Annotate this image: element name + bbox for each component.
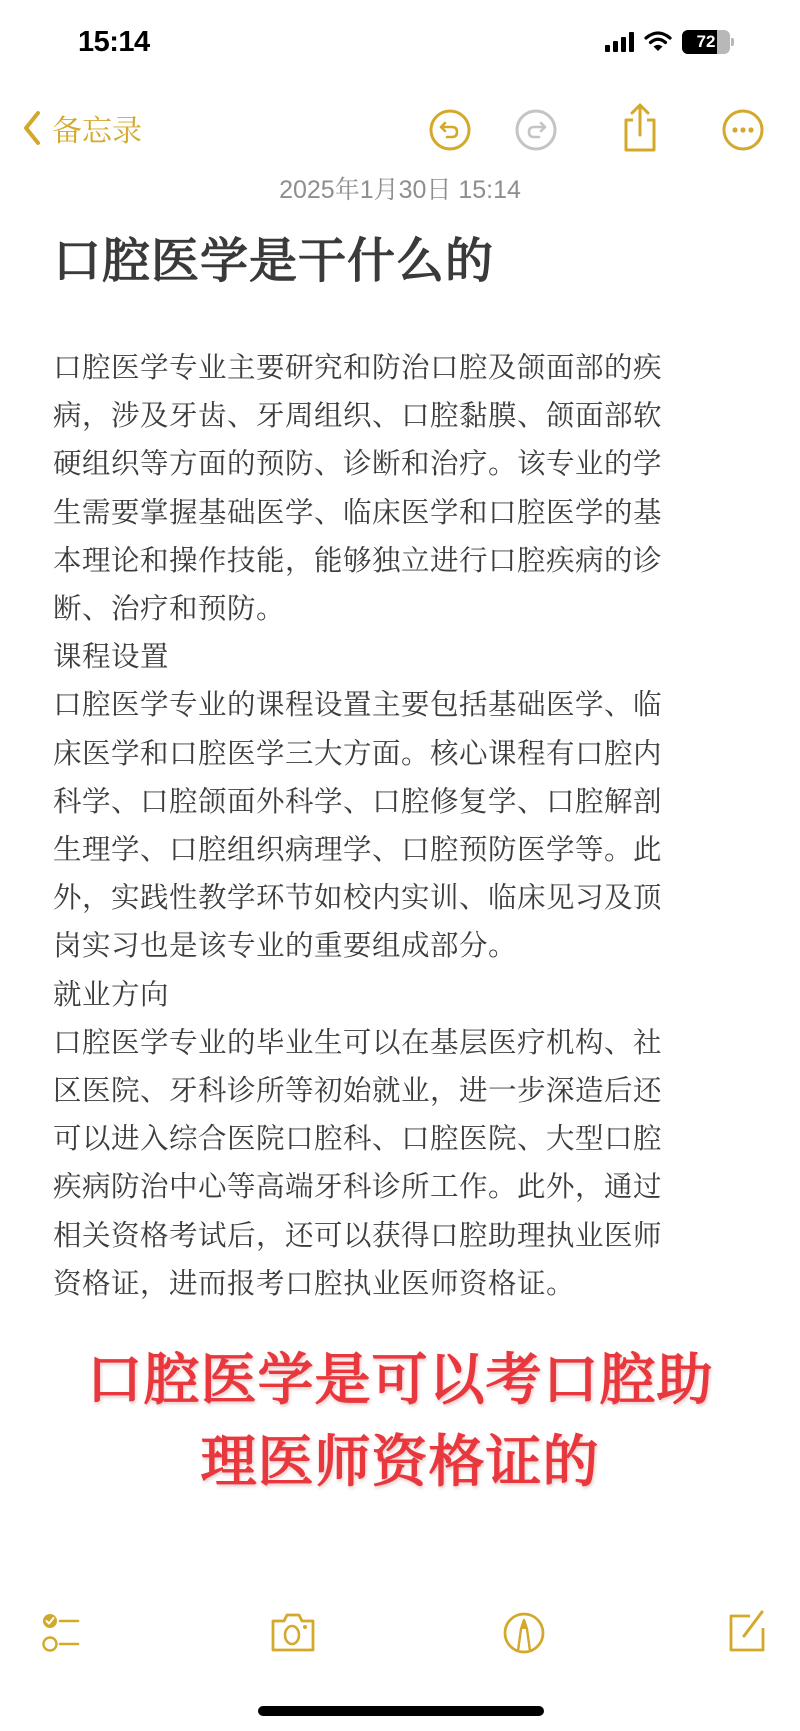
- body-line: 口腔医学专业的课程设置主要包括基础医学、临: [53, 681, 748, 729]
- status-time: 15:14: [78, 26, 150, 59]
- body-line: 口腔医学专业主要研究和防治口腔及颌面部的疾: [53, 344, 748, 392]
- note-title[interactable]: 口腔医学是干什么的: [53, 222, 494, 291]
- undo-icon[interactable]: [428, 108, 472, 152]
- wifi-icon: [644, 31, 672, 53]
- body-line: 硬组织等方面的预防、诊断和治疗。该专业的学: [53, 440, 748, 488]
- body-line: 口腔医学专业的毕业生可以在基层医疗机构、社: [53, 1019, 748, 1067]
- battery-icon: 72: [682, 30, 734, 54]
- body-line: 病，涉及牙齿、牙周组织、口腔黏膜、颌面部软: [53, 392, 748, 440]
- section-heading-courses: 课程设置: [53, 633, 748, 681]
- highlight-line: 口腔医学是可以考口腔助: [0, 1340, 800, 1422]
- body-line: 岗实习也是该专业的重要组成部分。: [53, 922, 748, 970]
- body-line: 外，实践性教学环节如校内实训、临床见习及顶: [53, 874, 748, 922]
- checklist-icon[interactable]: [34, 1604, 90, 1660]
- status-icons: 72: [605, 30, 734, 54]
- cellular-signal-icon: [605, 32, 634, 52]
- chevron-left-icon: [22, 110, 42, 146]
- home-indicator[interactable]: [258, 1706, 544, 1716]
- body-line: 疾病防治中心等高端牙科诊所工作。此外，通过: [53, 1163, 748, 1211]
- body-line: 科学、口腔颌面外科学、口腔修复学、口腔解剖: [53, 778, 748, 826]
- bottom-toolbar: [0, 1600, 800, 1670]
- body-line: 可以进入综合医院口腔科、口腔医院、大型口腔: [53, 1115, 748, 1163]
- body-line: 本理论和操作技能，能够独立进行口腔疾病的诊: [53, 537, 748, 585]
- redo-icon[interactable]: [514, 108, 558, 152]
- more-icon[interactable]: [721, 108, 765, 152]
- camera-icon[interactable]: [265, 1604, 321, 1660]
- body-line: 床医学和口腔医学三大方面。核心课程有口腔内: [53, 730, 748, 778]
- note-date: 2025年1月30日 15:14: [0, 170, 800, 206]
- section-heading-employment: 就业方向: [53, 971, 748, 1019]
- nav-bar: 备忘录: [0, 100, 800, 160]
- body-line: 区医院、牙科诊所等初始就业，进一步深造后还: [53, 1067, 748, 1115]
- body-line: 生需要掌握基础医学、临床医学和口腔医学的基: [53, 489, 748, 537]
- highlight-caption: 口腔医学是可以考口腔助 理医师资格证的: [0, 1340, 800, 1504]
- note-body[interactable]: 口腔医学专业主要研究和防治口腔及颌面部的疾 病，涉及牙齿、牙周组织、口腔黏膜、颌…: [53, 344, 748, 1308]
- body-line: 相关资格考试后，还可以获得口腔助理执业医师: [53, 1212, 748, 1260]
- back-button[interactable]: 备忘录: [22, 106, 142, 150]
- status-bar: 15:14 72: [0, 0, 800, 80]
- share-icon[interactable]: [618, 102, 662, 154]
- markup-pen-icon[interactable]: [496, 1604, 552, 1660]
- back-label: 备忘录: [52, 106, 142, 150]
- battery-percent: 72: [697, 32, 716, 52]
- highlight-line: 理医师资格证的: [0, 1422, 800, 1504]
- compose-icon[interactable]: [718, 1604, 774, 1660]
- body-line: 断、治疗和预防。: [53, 585, 748, 633]
- body-line: 资格证，进而报考口腔执业医师资格证。: [53, 1260, 748, 1308]
- body-line: 生理学、口腔组织病理学、口腔预防医学等。此: [53, 826, 748, 874]
